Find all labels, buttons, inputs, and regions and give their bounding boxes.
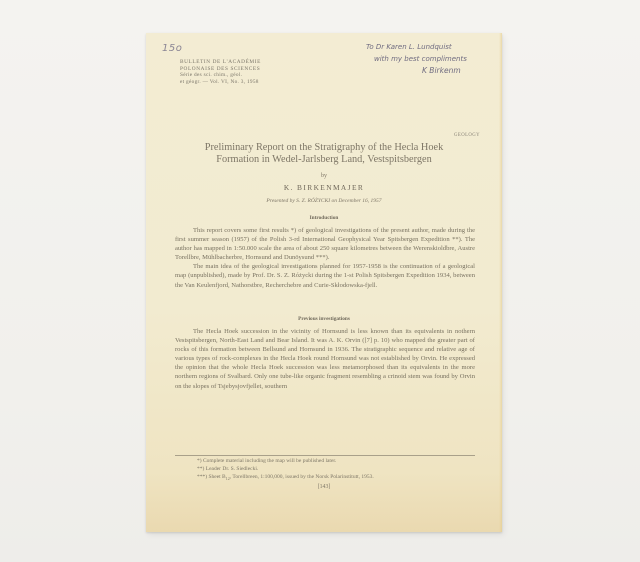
heading-introduction: Introduction bbox=[146, 215, 502, 221]
footnote-1: *) Complete material including the map w… bbox=[175, 457, 475, 465]
inscription-line1: To Dr Karen L. Lundquist bbox=[364, 41, 504, 53]
journal-volume: et géogr. — Vol. VI, No. 3, 1958 bbox=[180, 79, 300, 86]
footnotes: *) Complete material including the map w… bbox=[175, 457, 475, 483]
footnote-2: **) Leader Dr. S. Siedlecki. bbox=[175, 465, 475, 473]
footnote-divider bbox=[175, 455, 475, 456]
paragraph: The main idea of the geological investig… bbox=[175, 262, 475, 289]
previous-investigations-body: The Hecla Hoek succession in the vicinit… bbox=[175, 327, 475, 391]
signature: K Birkenm bbox=[364, 65, 504, 77]
title-line2: Formation in Wedel-Jarlsberg Land, Vests… bbox=[146, 154, 502, 166]
section-tag: GEOLOGY bbox=[454, 133, 480, 138]
inscription-line2: with my best compliments bbox=[364, 53, 504, 65]
paragraph: The Hecla Hoek succession in the vicinit… bbox=[175, 327, 475, 391]
handwritten-inscription: To Dr Karen L. Lundquist with my best co… bbox=[364, 41, 504, 77]
byline-by: by bbox=[146, 173, 502, 179]
journal-header: Bulletin de l'Académie Polonaise des Sci… bbox=[180, 59, 300, 85]
author-name: K. BIRKENMAJER bbox=[146, 183, 502, 192]
title-line1: Preliminary Report on the Stratigraphy o… bbox=[146, 142, 502, 154]
footnote-3: ***) Sheet B12, Torellbreen, 1:100,000, … bbox=[175, 473, 475, 483]
paper-title: Preliminary Report on the Stratigraphy o… bbox=[146, 142, 502, 166]
offprint-page: 15o Bulletin de l'Académie Polonaise des… bbox=[146, 33, 502, 532]
page-number: [143] bbox=[146, 484, 502, 490]
heading-previous-investigations: Previous investigations bbox=[146, 316, 502, 322]
handwritten-number: 15o bbox=[162, 43, 182, 54]
paragraph: This report covers some first results *)… bbox=[175, 226, 475, 262]
presented-by: Presented by S. Z. RÓŻYCKI on December 1… bbox=[146, 198, 502, 204]
introduction-body: This report covers some first results *)… bbox=[175, 226, 475, 290]
